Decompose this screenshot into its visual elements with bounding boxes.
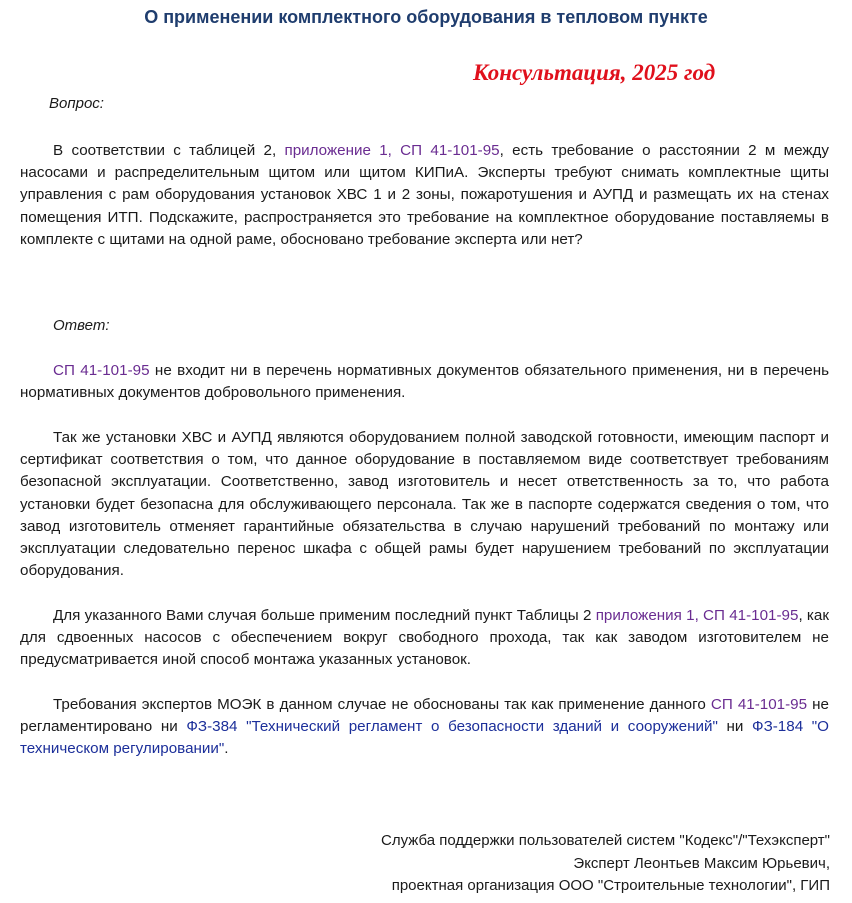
answer-paragraph-4: Требования экспертов МОЭК в данном случа… <box>20 694 829 761</box>
text-fragment: Требования экспертов МОЭК в данном случа… <box>53 696 711 713</box>
answer-paragraph-2: Так же установки ХВС и АУПД являются обо… <box>20 427 829 582</box>
link-fz-384[interactable]: ФЗ-384 "Технический регламент о безопасн… <box>186 718 718 735</box>
answer-label: Ответ: <box>53 317 110 334</box>
signature-service: Служба поддержки пользователей систем "К… <box>381 830 830 853</box>
link-sp-41-101-95-appendix[interactable]: приложения 1, СП 41-101-95 <box>596 607 799 624</box>
signature-organization: проектная организация ООО "Строительные … <box>381 875 830 898</box>
link-sp-41-101-95[interactable]: СП 41-101-95 <box>711 696 807 713</box>
answer-paragraph-1: СП 41-101-95 не входит ни в перечень нор… <box>20 360 829 404</box>
text-fragment: ни <box>718 718 752 735</box>
answer-paragraph-3: Для указанного Вами случая больше примен… <box>20 605 829 672</box>
link-sp-41-101-95[interactable]: СП 41-101-95 <box>53 362 150 379</box>
link-sp-41-101-95-appendix[interactable]: приложение 1, СП 41-101-95 <box>285 142 500 159</box>
signature-block: Служба поддержки пользователей систем "К… <box>381 830 830 898</box>
text-fragment: Для указанного Вами случая больше примен… <box>53 607 596 624</box>
document-title: О применении комплектного оборудования в… <box>0 7 852 28</box>
question-label: Вопрос: <box>49 95 104 112</box>
question-text: В соответствии с таблицей 2, приложение … <box>20 140 829 251</box>
signature-expert: Эксперт Леонтьев Максим Юрьевич, <box>381 853 830 876</box>
text-fragment: В соответствии с таблицей 2, <box>53 142 285 159</box>
consultation-label: Консультация, 2025 год <box>473 60 715 86</box>
text-fragment: . <box>224 740 228 757</box>
